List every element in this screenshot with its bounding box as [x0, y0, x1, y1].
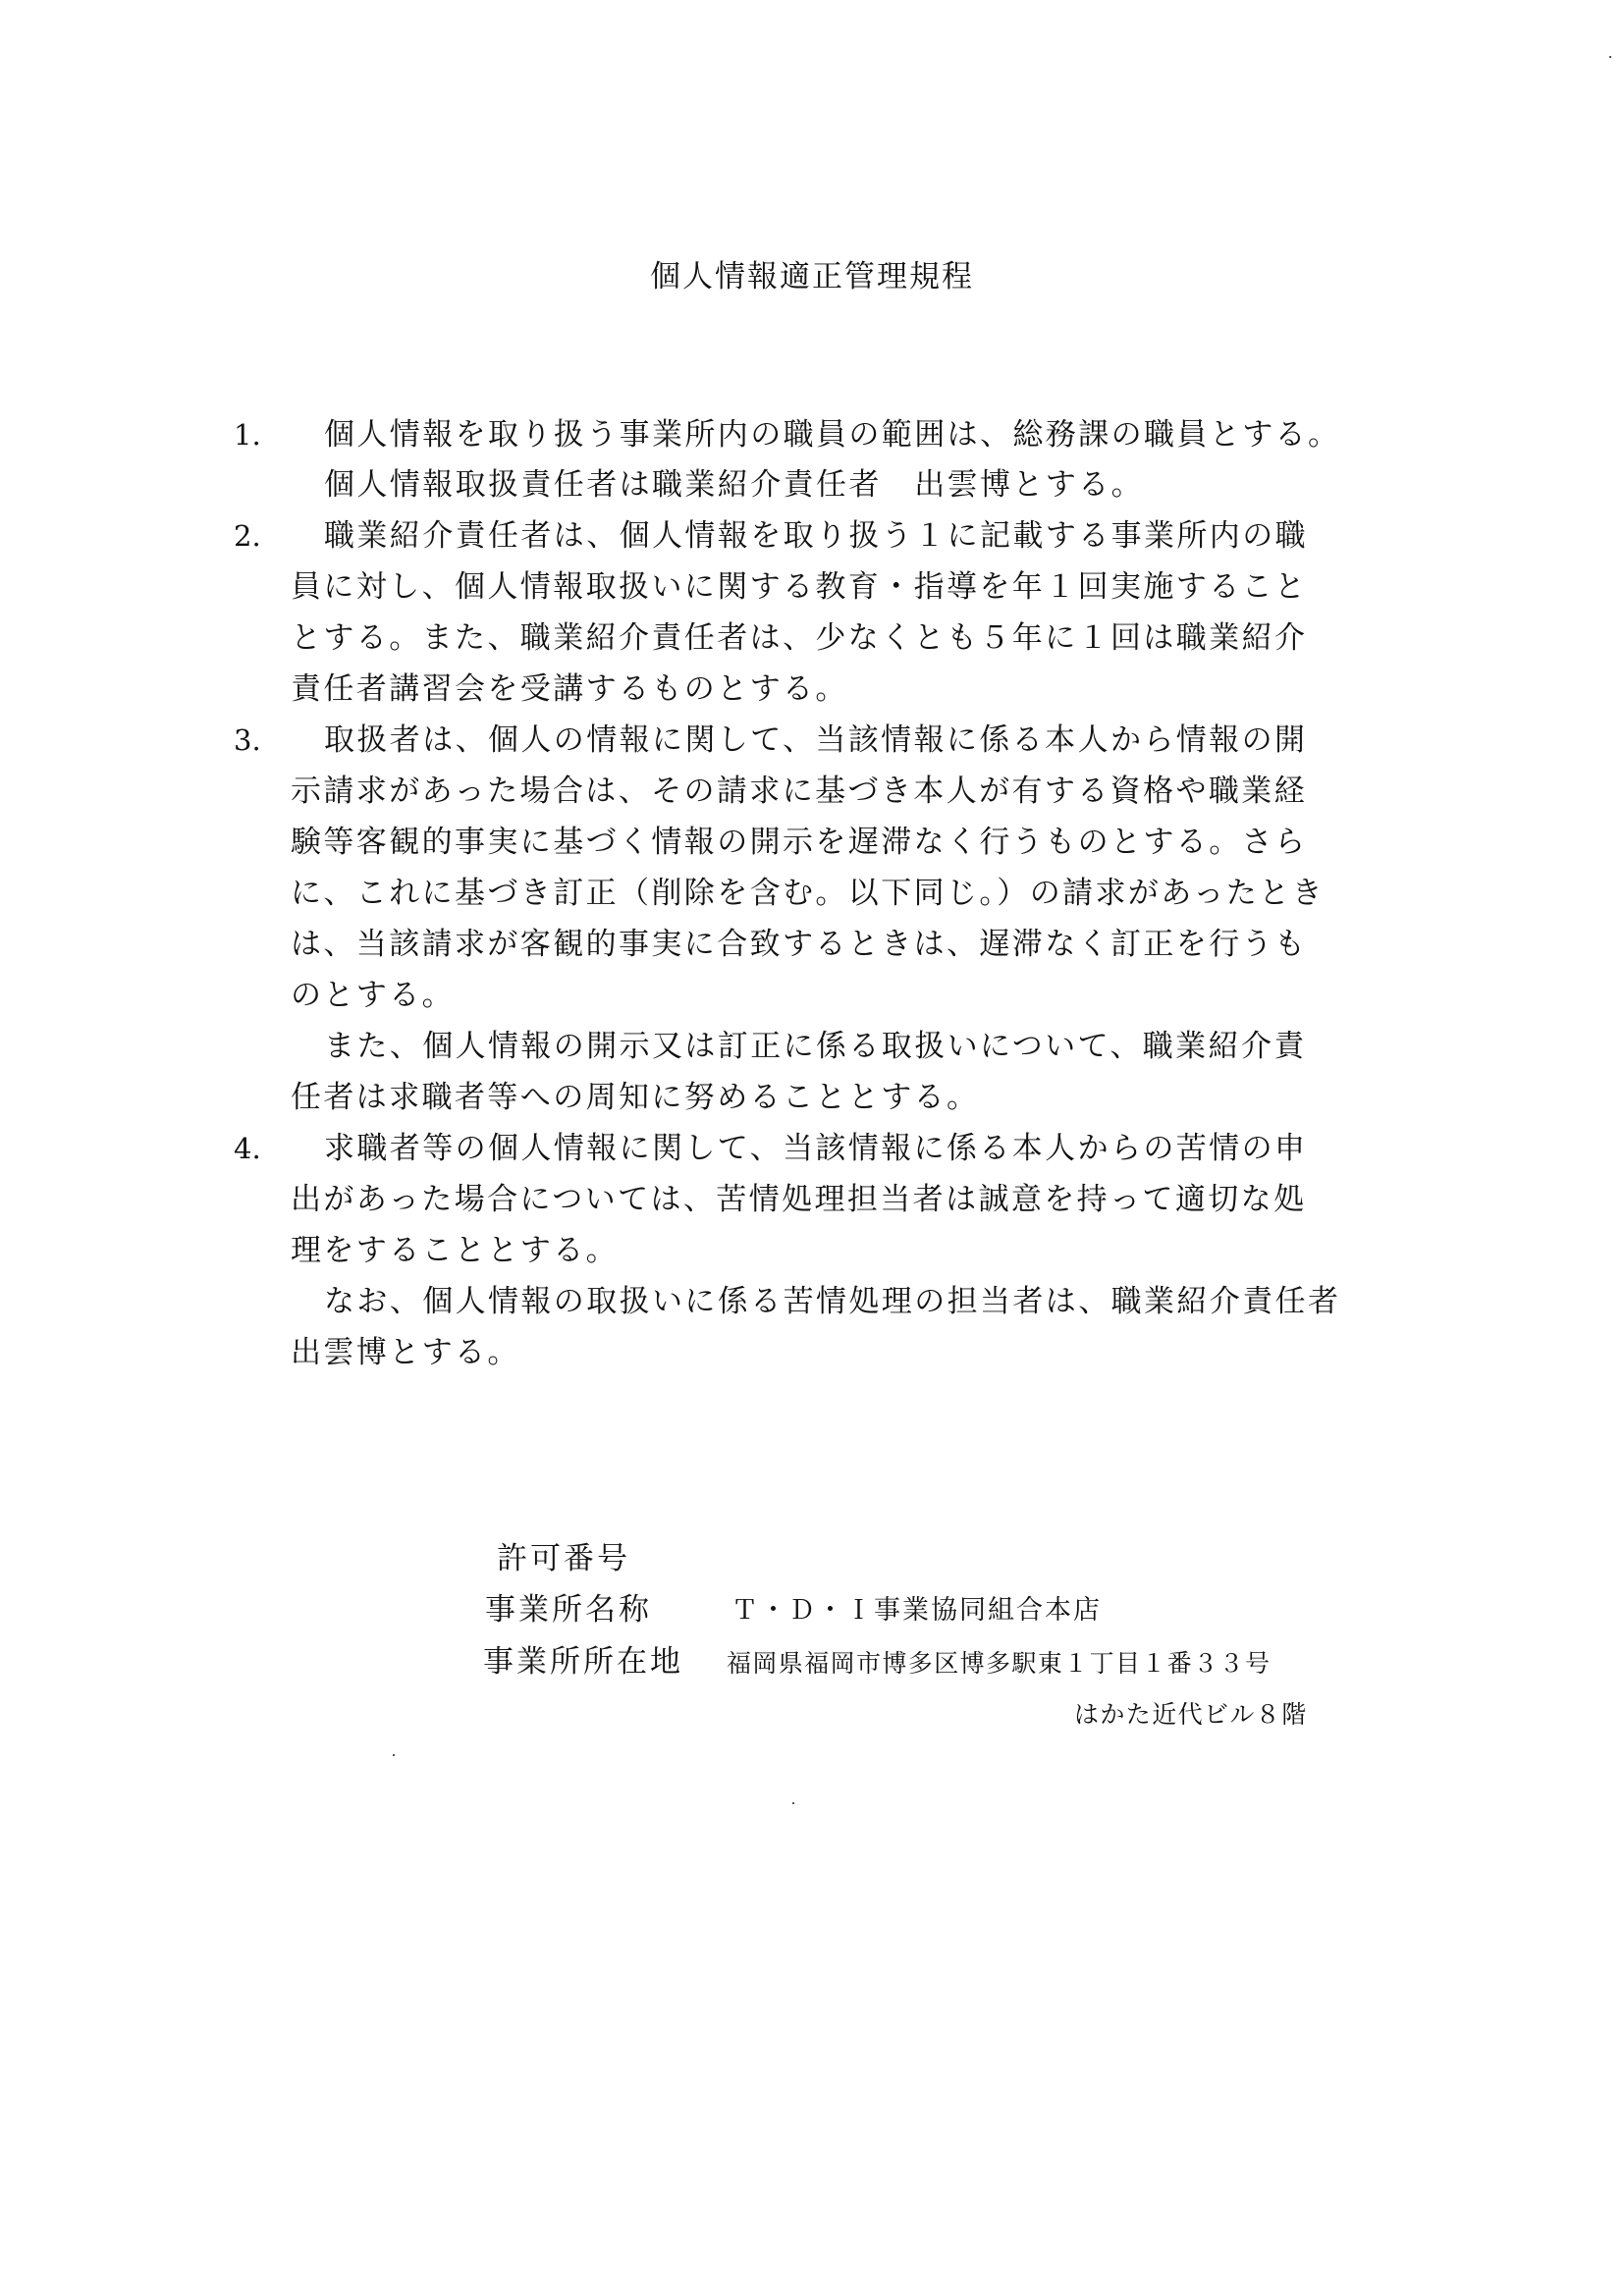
item-3-line-7: また、個人情報の開示又は訂正に係る取扱いについて、職業紹介責 [324, 1027, 1307, 1066]
item-2-line-1: 職業紹介責任者は、個人情報を取り扱う１に記載する事業所内の職 [324, 516, 1308, 556]
item-number-3: 3. [234, 721, 261, 760]
item-4-line-3: 理をすることとする。 [291, 1231, 619, 1270]
item-4-line-5: 出雲博とする。 [291, 1333, 520, 1372]
item-number-4: 4. [234, 1129, 261, 1168]
item-1-line-1: 個人情報を取り扱う事業所内の職員の範囲は、総務課の職員とする。 [324, 415, 1340, 454]
item-3-line-2: 示請求があった場合は、その請求に基づき本人が有する資格や職業経 [291, 772, 1307, 811]
item-4-line-2: 出があった場合については、苦情処理担当者は誠意を持って適切な処 [291, 1180, 1306, 1219]
scan-speck [1609, 56, 1611, 58]
office-name-label: 事業所名称 [485, 1590, 652, 1629]
item-2-line-4: 責任者講習会を受講するものとする。 [291, 669, 848, 709]
office-address-value: 福岡県福岡市博多区博多駅東１丁目１番３３号 [727, 1644, 1271, 1683]
office-address-building: はかた近代ビル８階 [1074, 1695, 1308, 1735]
document-page: 個人情報適正管理規程 1. 個人情報を取り扱う事業所内の職員の範囲は、総務課の職… [0, 0, 1624, 2296]
office-name-value: Ｔ・Ｄ・Ｉ事業協同組合本店 [731, 1591, 1102, 1630]
scan-speck [393, 1754, 395, 1756]
document-title: 個人情報適正管理規程 [0, 257, 1624, 296]
item-2-line-2: 員に対し、個人情報取扱いに関する教育・指導を年１回実施すること [291, 567, 1307, 607]
item-3-line-8: 任者は求職者等への周知に努めることとする。 [291, 1078, 979, 1117]
item-3-line-4: に、これに基づき訂正（削除を含む。以下同じ。）の請求があったとき [291, 874, 1325, 913]
item-4-line-4: なお、個人情報の取扱いに係る苦情処理の担当者は、職業紹介責任者 [324, 1282, 1340, 1321]
item-3-line-6: のとする。 [291, 976, 455, 1015]
item-2-line-3: とする。また、職業紹介責任者は、少なくとも５年に１回は職業紹介 [291, 618, 1307, 658]
item-number-2: 2. [234, 516, 261, 556]
item-1-line-2: 個人情報取扱責任者は職業紹介責任者 出雲博とする。 [324, 465, 1144, 505]
item-4-line-1: 求職者等の個人情報に関して、当該情報に係る本人からの苦情の申 [324, 1129, 1307, 1168]
item-3-line-5: は、当該請求が客観的事実に合致するときは、遅滞なく訂正を行うも [291, 925, 1307, 964]
item-3-line-3: 験等客観的事実に基づく情報の開示を遅滞なく行うものとする。さら [291, 823, 1307, 862]
scan-speck [792, 1802, 794, 1804]
item-3-line-1: 取扱者は、個人の情報に関して、当該情報に係る本人から情報の開 [324, 721, 1307, 760]
permit-number-label: 許可番号 [497, 1539, 630, 1578]
office-address-label: 事業所所在地 [483, 1642, 683, 1682]
item-number-1: 1. [234, 415, 261, 454]
